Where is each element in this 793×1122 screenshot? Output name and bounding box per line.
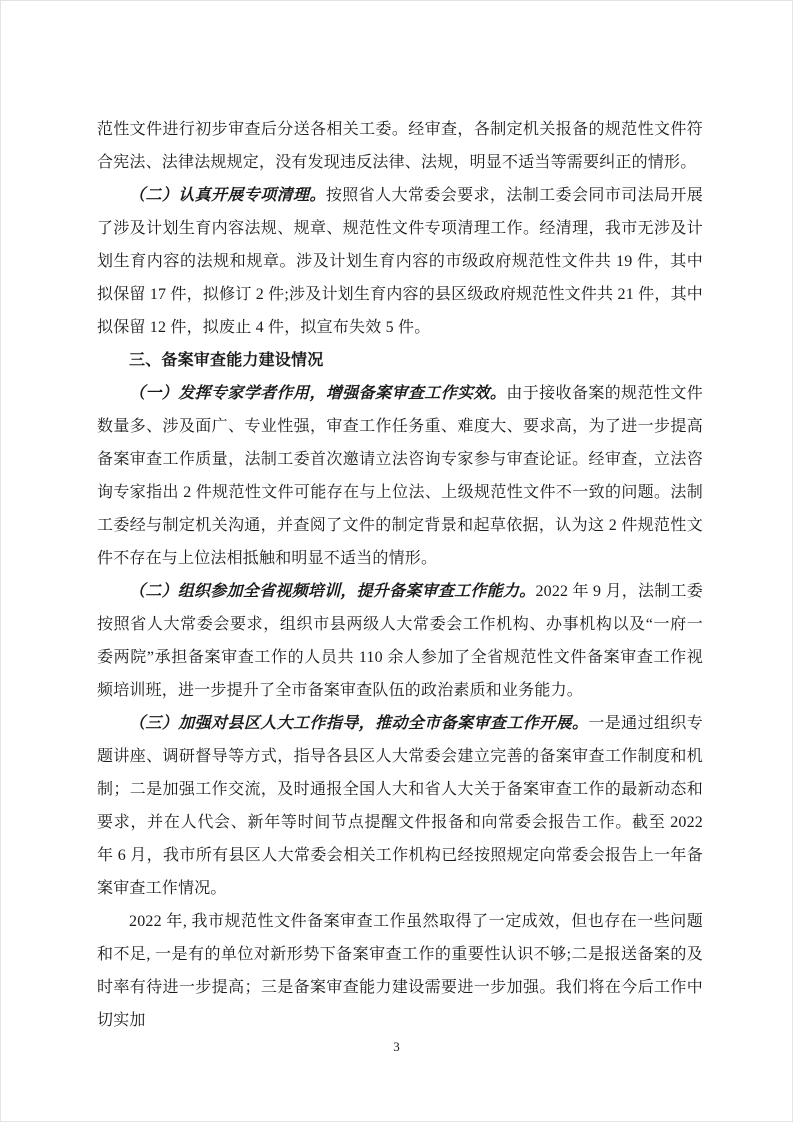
section-heading: 三、备案审查能力建设情况 [97, 344, 703, 377]
paragraph-lead: （二）认真开展专项清理。 [129, 187, 326, 204]
paragraph-lead: （三）加强对县区人大工作指导，推动全市备案审查工作开展。 [129, 715, 588, 732]
paragraph: 2022 年, 我市规范性文件备案审查工作虽然取得了一定成效，但也存在一些问题和… [97, 905, 703, 1037]
paragraph: （三）加强对县区人大工作指导，推动全市备案审查工作开展。一是通过组织专题讲座、调… [97, 707, 703, 905]
paragraph: （一）发挥专家学者作用，增强备案审查工作实效。由于接收备案的规范性文件数量多、涉… [97, 377, 703, 575]
document-body: 范性文件进行初步审查后分送各相关工委。经审查，各制定机关报备的规范性文件符合宪法… [97, 113, 703, 1037]
paragraph: 范性文件进行初步审查后分送各相关工委。经审查，各制定机关报备的规范性文件符合宪法… [97, 113, 703, 179]
paragraph: （二）组织参加全省视频培训，提升备案审查工作能力。2022 年 9 月，法制工委… [97, 575, 703, 707]
paragraph: （二）认真开展专项清理。按照省人大常委会要求，法制工委会同市司法局开展了涉及计划… [97, 179, 703, 344]
paragraph-lead: （二）组织参加全省视频培训，提升备案审查工作能力。 [129, 583, 535, 600]
document-page: 范性文件进行初步审查后分送各相关工委。经审查，各制定机关报备的规范性文件符合宪法… [0, 0, 793, 1122]
page-number: 3 [1, 1037, 792, 1057]
paragraph-lead: （一）发挥专家学者作用，增强备案审查工作实效。 [129, 385, 506, 402]
